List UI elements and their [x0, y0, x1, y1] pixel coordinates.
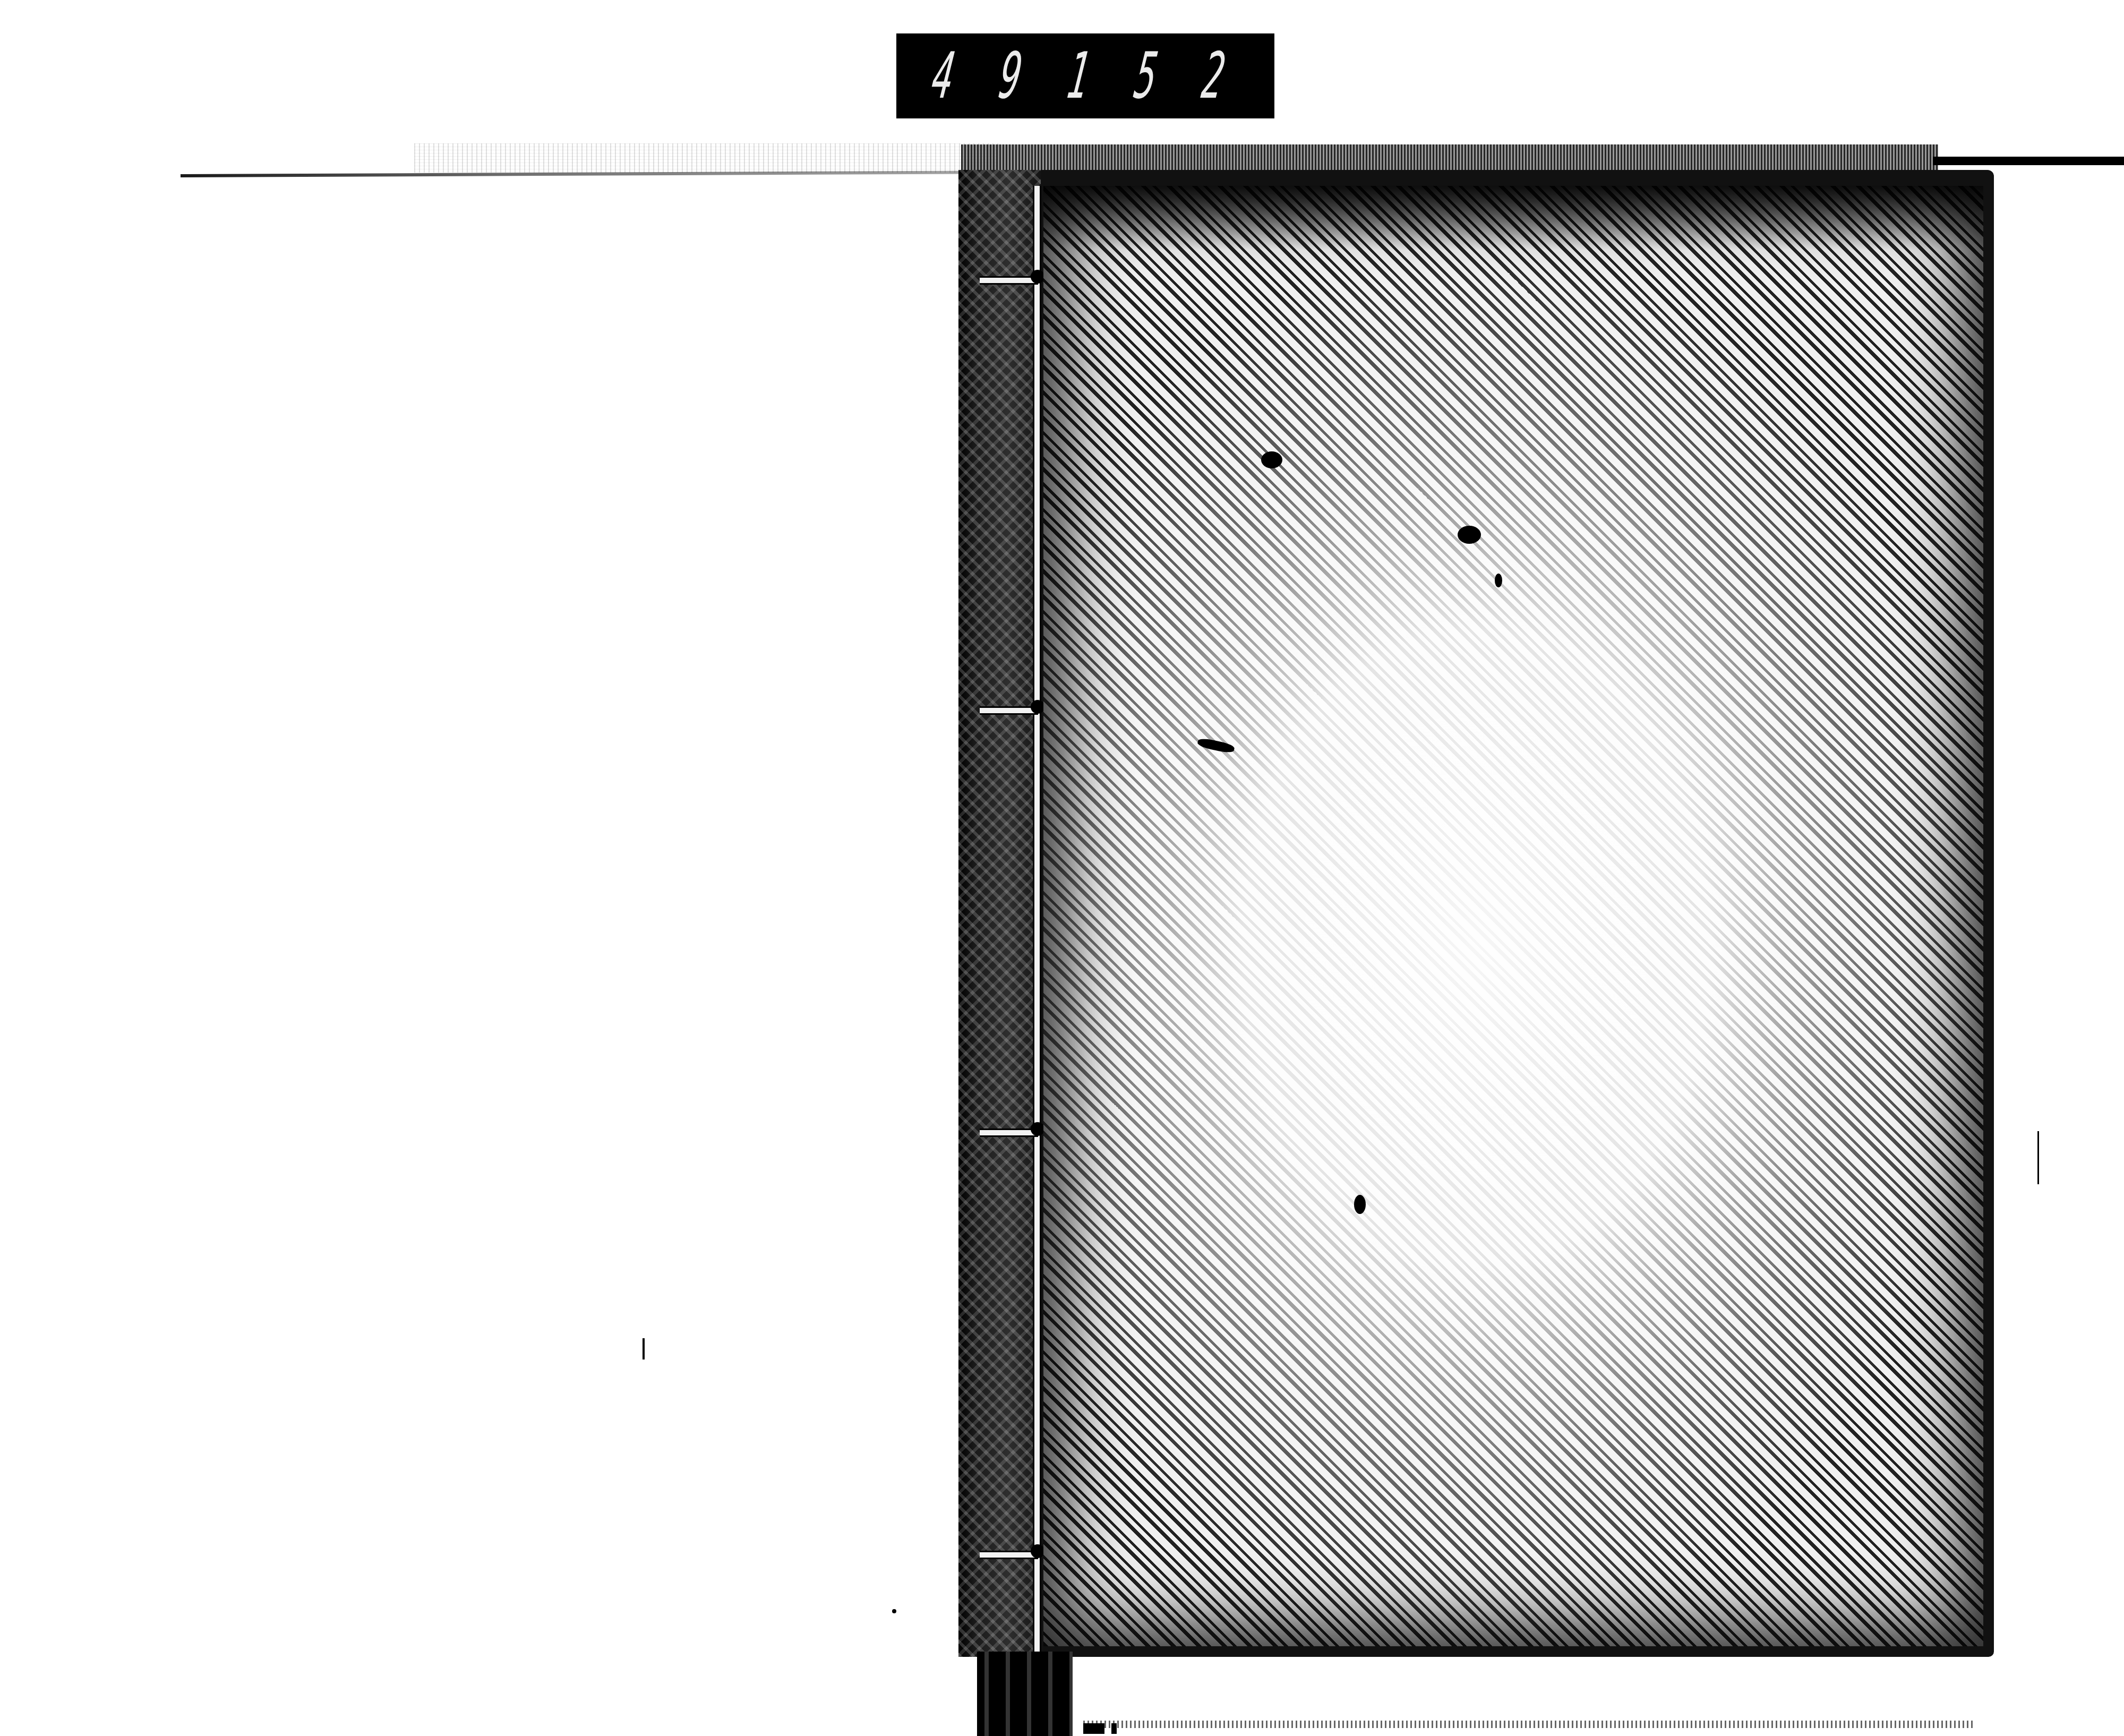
cover-stain — [1495, 574, 1502, 587]
patterned-cover — [1043, 186, 1983, 1646]
cover-stain — [1261, 451, 1282, 468]
cover-stain — [1458, 526, 1481, 544]
scan-rule-line-right — [1933, 157, 2124, 165]
call-number-digit: 2 — [1198, 39, 1246, 113]
scan-noise — [414, 143, 998, 173]
book-spine — [958, 170, 1041, 1657]
binding-stitch — [980, 1128, 1038, 1137]
bound-book — [958, 170, 1994, 1657]
stitch-hole — [1031, 270, 1044, 284]
scan-noise-bottom — [1083, 1721, 1975, 1728]
binding-stitch — [980, 1551, 1038, 1559]
call-number-label: 4 9 1 5 2 7. — [896, 33, 1274, 118]
call-number-digit: 7. — [1281, 39, 1366, 113]
cover-shadow — [1043, 186, 1983, 250]
binding-thread — [1033, 186, 1041, 1662]
stitch-hole — [1031, 1544, 1044, 1558]
cover-stain — [1354, 1195, 1366, 1214]
book-top-edge — [961, 144, 1938, 170]
call-number-digit: 5 — [1130, 39, 1178, 113]
margin-mark — [2037, 1131, 2039, 1184]
book-bottom-edge — [977, 1652, 1073, 1736]
scan-mark — [1083, 1723, 1104, 1734]
call-number-digit: 9 — [995, 39, 1043, 113]
stitch-hole — [1031, 1122, 1044, 1136]
call-number-digit: 4 — [928, 39, 975, 113]
cover-stain — [1197, 737, 1235, 754]
stitch-hole — [1031, 700, 1044, 714]
binding-stitch — [980, 276, 1038, 285]
scan-mark — [1111, 1723, 1117, 1734]
margin-mark — [643, 1338, 645, 1359]
call-number-digit: 1 — [1063, 39, 1110, 113]
binding-stitch — [980, 706, 1038, 715]
scanned-page: 4 9 1 5 2 7. — [0, 0, 2124, 1736]
margin-mark — [892, 1609, 896, 1613]
